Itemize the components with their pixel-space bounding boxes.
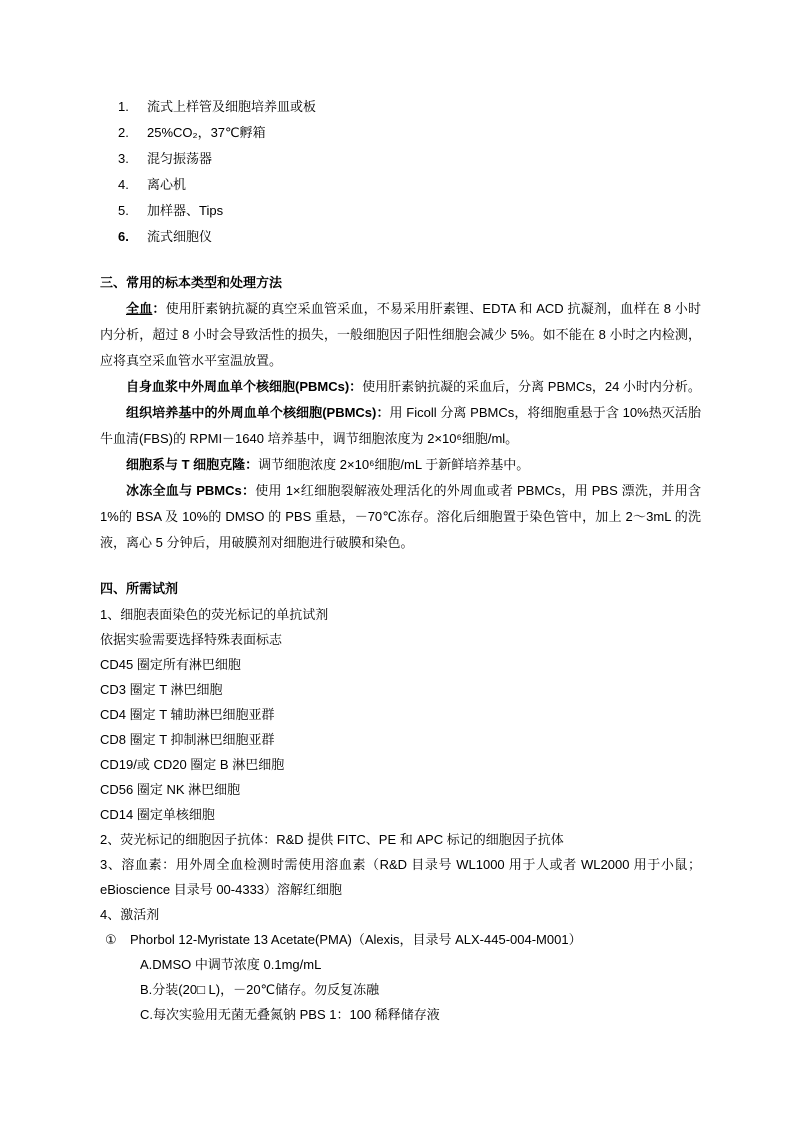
equipment-list: 1. 流式上样管及细胞培养皿或板 2. 25%CO₂，37℃孵箱 3. 混匀振荡… (100, 94, 701, 250)
pma-step-c: C.每次实验用无菌无叠氮钠 PBS 1：100 稀释储存液 (100, 1002, 701, 1027)
pma-item: ① Phorbol 12-Myristate 13 Acetate(PMA)（A… (100, 927, 701, 952)
list-item: 5. 加样器、Tips (100, 198, 701, 224)
paragraph-lead: 冰冻全血与 PBMCs： (126, 483, 255, 498)
paragraph-cell-lines: 细胞系与 T 细胞克隆：调节细胞浓度 2×10⁶细胞/mL 于新鲜培养基中。 (100, 452, 701, 478)
pma-step-a: A.DMSO 中调节浓度 0.1mg/mL (100, 952, 701, 977)
section3-heading: 三、常用的标本类型和处理方法 (100, 270, 701, 296)
paragraph-text: 使用肝素钠抗凝的采血后，分离 PBMCs，24 小时内分析。 (362, 379, 701, 394)
pma-item-text: Phorbol 12-Myristate 13 Acetate(PMA)（Ale… (130, 927, 582, 952)
list-item-text: 离心机 (147, 172, 186, 198)
list-item-text: 25%CO₂，37℃孵箱 (147, 120, 266, 146)
paragraph-lead: 细胞系与 T 细胞克隆： (126, 457, 258, 472)
list-number: 1. (118, 94, 147, 120)
reagent-line-cytokine-antibodies: 2、荧光标记的细胞因子抗体：R&D 提供 FITC、PE 和 APC 标记的细胞… (100, 827, 701, 852)
reagent-line-marker-note: 依据实验需要选择特殊表面标志 (100, 627, 701, 652)
list-number: 6. (118, 224, 147, 250)
paragraph-text: 使用肝素钠抗凝的真空采血管采血，不易采用肝素锂、EDTA 和 ACD 抗凝剂，血… (100, 301, 701, 368)
paragraph-lead: 组织培养基中的外周血单个核细胞(PBMCs)： (126, 405, 390, 420)
reagent-line-surface-antibodies: 1、细胞表面染色的荧光标记的单抗试剂 (100, 602, 701, 627)
list-item-text: 流式上样管及细胞培养皿或板 (147, 94, 316, 120)
pma-step-b: B.分装(20□ L)，－20℃储存。勿反复冻融 (100, 977, 701, 1002)
paragraph-lead: 自身血浆中外周血单个核细胞(PBMCs)： (126, 379, 362, 394)
list-number: 2. (118, 120, 147, 146)
reagent-line-cd8: CD8 圈定 T 抑制淋巴细胞亚群 (100, 727, 701, 752)
reagent-line-cd4: CD4 圈定 T 辅助淋巴细胞亚群 (100, 702, 701, 727)
section4-heading: 四、所需试剂 (100, 576, 701, 602)
paragraph-culture-pbmcs: 组织培养基中的外周血单个核细胞(PBMCs)：用 Ficoll 分离 PBMCs… (100, 400, 701, 452)
list-item: 3. 混匀振荡器 (100, 146, 701, 172)
document-page: 1. 流式上样管及细胞培养皿或板 2. 25%CO₂，37℃孵箱 3. 混匀振荡… (0, 0, 793, 1122)
list-item: 4. 离心机 (100, 172, 701, 198)
reagent-line-cd14: CD14 圈定单核细胞 (100, 802, 701, 827)
list-item: 2. 25%CO₂，37℃孵箱 (100, 120, 701, 146)
circled-one-marker: ① (105, 927, 130, 952)
paragraph-autologous-pbmcs: 自身血浆中外周血单个核细胞(PBMCs)：使用肝素钠抗凝的采血后，分离 PBMC… (100, 374, 701, 400)
paragraph-whole-blood: 全血：使用肝素钠抗凝的真空采血管采血，不易采用肝素锂、EDTA 和 ACD 抗凝… (100, 296, 701, 374)
paragraph-text: 调节细胞浓度 2×10⁶细胞/mL 于新鲜培养基中。 (258, 457, 529, 472)
paragraph-lead: 全血 (126, 301, 152, 316)
reagent-line-cd56: CD56 圈定 NK 淋巴细胞 (100, 777, 701, 802)
reagent-line-lysing-agent: 3、溶血素：用外周全血检测时需使用溶血素（R&D 目录号 WL1000 用于人或… (100, 852, 701, 902)
reagent-line-cd19-cd20: CD19/或 CD20 圈定 B 淋巴细胞 (100, 752, 701, 777)
list-item-text: 加样器、Tips (147, 198, 223, 224)
list-item-text: 流式细胞仪 (147, 224, 212, 250)
list-item: 6. 流式细胞仪 (100, 224, 701, 250)
paragraph-frozen-blood: 冰冻全血与 PBMCs：使用 1×红细胞裂解液处理活化的外周血或者 PBMCs，… (100, 478, 701, 556)
reagent-line-cd3: CD3 圈定 T 淋巴细胞 (100, 677, 701, 702)
reagent-line-cd45: CD45 圈定所有淋巴细胞 (100, 652, 701, 677)
list-item: 1. 流式上样管及细胞培养皿或板 (100, 94, 701, 120)
list-item-text: 混匀振荡器 (147, 146, 212, 172)
list-number: 3. (118, 146, 147, 172)
list-number: 5. (118, 198, 147, 224)
paragraph-colon: ： (152, 301, 165, 316)
reagent-line-activators: 4、激活剂 (100, 902, 701, 927)
list-number: 4. (118, 172, 147, 198)
